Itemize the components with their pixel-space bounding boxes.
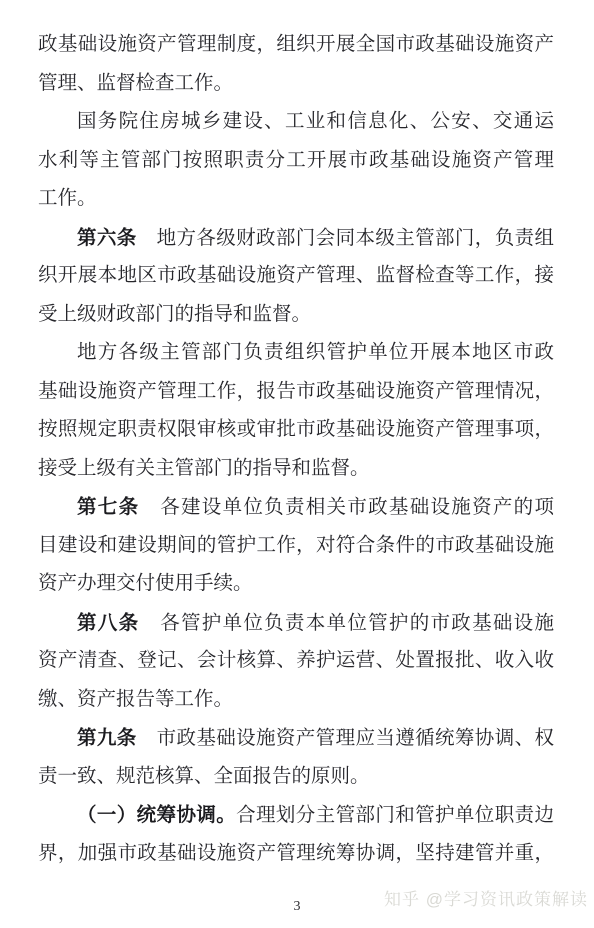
item-heading-bold: （一）统筹协调。 xyxy=(77,804,236,826)
doc-line-text: 资产办理交付使用手续。 xyxy=(38,573,253,594)
doc-line-text: 管理、监督检查工作。 xyxy=(38,73,233,94)
doc-line: 地方各级主管部门负责组织管护单位开展本地区市政 xyxy=(38,334,554,373)
doc-line: 水利等主管部门按照职责分工开展市政基础设施资产管理 xyxy=(38,142,554,181)
doc-line-text: 资产清查、登记、会计核算、养护运营、处置报批、收入收 xyxy=(38,650,554,671)
doc-line: 缴、资产报告等工作。 xyxy=(38,681,554,720)
doc-line-item-1: （一）统筹协调。合理划分主管部门和管护单位职责边 xyxy=(38,796,554,835)
doc-line: 资产清查、登记、会计核算、养护运营、处置报批、收入收 xyxy=(38,642,554,681)
doc-line: 界，加强市政基础设施资产管理统筹协调，坚持建管并重， xyxy=(38,835,554,874)
doc-line: 目建设和建设期间的管护工作，对符合条件的市政基础设施 xyxy=(38,527,554,566)
doc-line-text: 水利等主管部门按照职责分工开展市政基础设施资产管理 xyxy=(38,150,554,171)
doc-line-text: 国务院住房城乡建设、工业和信息化、公安、交通运输、 xyxy=(38,111,554,142)
doc-line-text: 合理划分主管部门和管护单位职责边 xyxy=(236,805,554,826)
doc-line: 按照规定职责权限审核或审批市政基础设施资产管理事项， xyxy=(38,411,554,450)
doc-line-text: 地方各级财政部门会同本级主管部门，负责组 xyxy=(157,228,554,249)
doc-line-article-6: 第六条 地方各级财政部门会同本级主管部门，负责组 xyxy=(38,219,554,258)
article-number-bold: 第九条 xyxy=(77,727,157,749)
doc-line-text: 受上级财政部门的指导和监督。 xyxy=(38,304,311,325)
doc-line-text: 工作。 xyxy=(38,188,97,209)
doc-line-text: 责一致、规范核算、全面报告的原则。 xyxy=(38,766,370,787)
doc-line: 工作。 xyxy=(38,180,554,219)
doc-line-article-7: 第七条 各建设单位负责相关市政基础设施资产的项 xyxy=(38,488,554,527)
doc-line-text: 各管护单位负责本单位管护的市政基础设施 xyxy=(160,613,554,634)
doc-line: 接受上级有关主管部门的指导和监督。 xyxy=(38,450,554,489)
doc-line-text: 地方各级主管部门负责组织管护单位开展本地区市政 xyxy=(77,342,554,363)
doc-line-text: 界，加强市政基础设施资产管理统筹协调，坚持建管并重， xyxy=(38,843,554,864)
document-body: 政基础设施资产管理制度，组织开展全国市政基础设施资产 管理、监督检查工作。 国务… xyxy=(38,26,554,873)
doc-line-text: 市政基础设施资产管理应当遵循统筹协调、权 xyxy=(157,728,554,749)
doc-line-text: 缴、资产报告等工作。 xyxy=(38,689,233,710)
watermark: 知乎 @学习资讯政策解读 xyxy=(384,885,588,910)
doc-line-text: 政基础设施资产管理制度，组织开展全国市政基础设施资产 xyxy=(38,34,554,55)
doc-line-text: 目建设和建设期间的管护工作，对符合条件的市政基础设施 xyxy=(38,535,554,556)
doc-line-text: 织开展本地区市政基础设施资产管理、监督检查等工作，接 xyxy=(38,265,554,286)
doc-line: 织开展本地区市政基础设施资产管理、监督检查等工作，接 xyxy=(38,257,554,296)
doc-line: 基础设施资产管理工作，报告市政基础设施资产管理情况， xyxy=(38,373,554,412)
doc-line-text: 各建设单位负责相关市政基础设施资产的项 xyxy=(160,497,554,518)
document-page: 政基础设施资产管理制度，组织开展全国市政基础设施资产 管理、监督检查工作。 国务… xyxy=(0,0,594,928)
doc-line: 责一致、规范核算、全面报告的原则。 xyxy=(38,758,554,797)
doc-line: 资产办理交付使用手续。 xyxy=(38,565,554,604)
article-number-bold: 第八条 xyxy=(77,612,160,634)
article-number-bold: 第七条 xyxy=(77,496,160,518)
doc-line-article-8: 第八条 各管护单位负责本单位管护的市政基础设施 xyxy=(38,604,554,643)
doc-line-article-9: 第九条 市政基础设施资产管理应当遵循统筹协调、权 xyxy=(38,719,554,758)
doc-line: 政基础设施资产管理制度，组织开展全国市政基础设施资产 xyxy=(38,26,554,65)
article-number-bold: 第六条 xyxy=(77,227,157,249)
doc-line: 管理、监督检查工作。 xyxy=(38,65,554,104)
doc-line-text: 按照规定职责权限审核或审批市政基础设施资产管理事项， xyxy=(38,419,554,440)
doc-line: 国务院住房城乡建设、工业和信息化、公安、交通运输、 xyxy=(38,103,554,142)
doc-line: 受上级财政部门的指导和监督。 xyxy=(38,296,554,335)
doc-line-text: 基础设施资产管理工作，报告市政基础设施资产管理情况， xyxy=(38,381,554,402)
doc-line-text: 接受上级有关主管部门的指导和监督。 xyxy=(38,458,370,479)
